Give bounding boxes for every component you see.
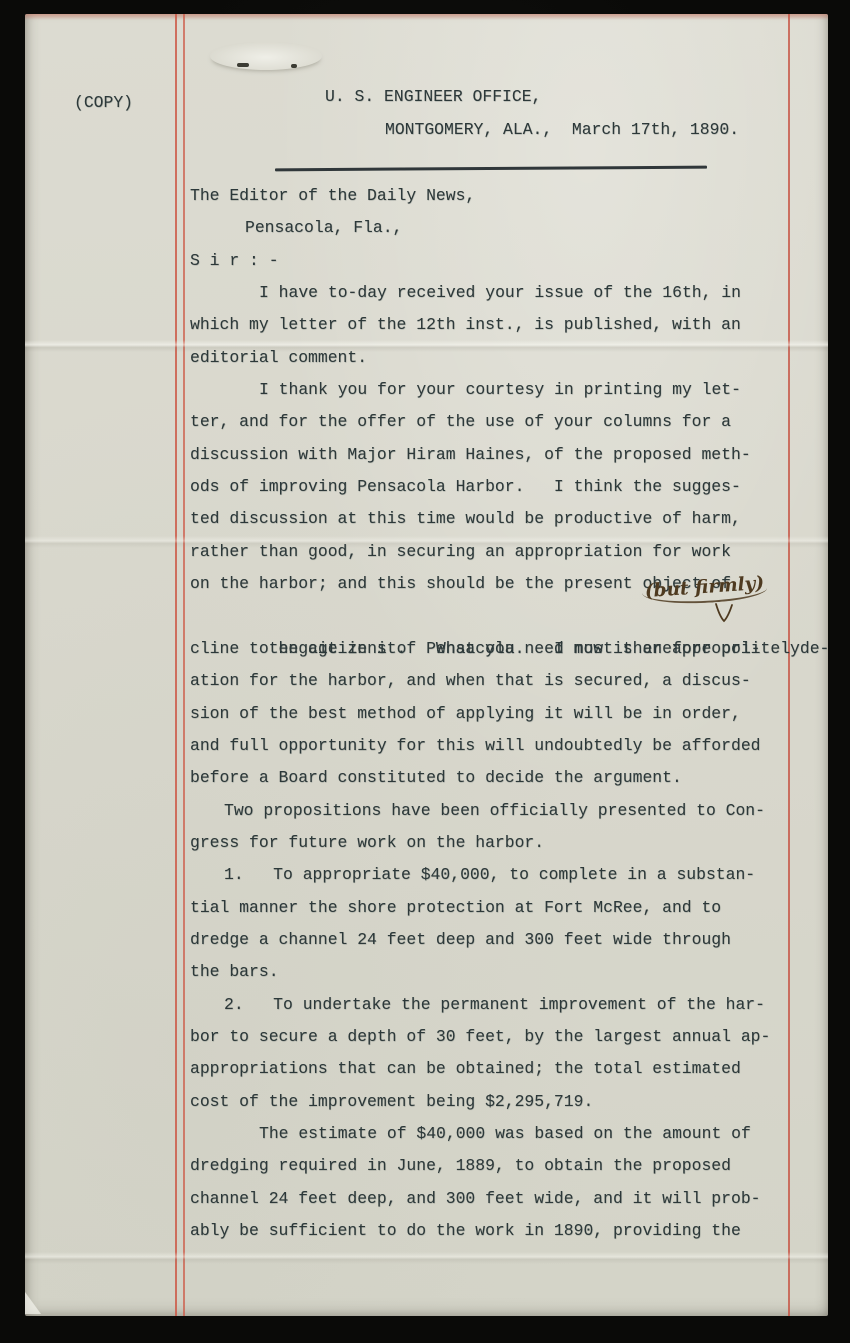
- letter-line: channel 24 feet deep, and 300 feet wide,…: [190, 1183, 795, 1215]
- letter-body: The Editor of the Daily News, Pensacola,…: [190, 180, 795, 1247]
- letter-line: ation for the harbor, and when that is s…: [190, 665, 795, 697]
- handwritten-insertion: (but firmly): [641, 574, 768, 608]
- letter-line: bor to secure a depth of 30 feet, by the…: [190, 1021, 795, 1053]
- letter-line: gress for future work on the harbor.: [190, 827, 795, 859]
- letter-line: 1. To appropriate $40,000, to complete i…: [190, 859, 795, 891]
- paper-blemish-mark: [237, 63, 249, 67]
- letter-line: I thank you for your courtesy in printin…: [190, 374, 795, 406]
- letter-line-with-insertion: the citizens of Pensacola. I must theref…: [190, 600, 795, 632]
- paper-crease: [25, 1252, 828, 1264]
- insertion-after-text: de-: [800, 639, 830, 658]
- letter-line: discussion with Major Hiram Haines, of t…: [190, 439, 795, 471]
- letter-line: which my letter of the 12th inst., is pu…: [190, 309, 795, 341]
- letter-line: ably be sufficient to do the work in 189…: [190, 1215, 795, 1247]
- letter-line: appropriations that can be obtained; the…: [190, 1053, 795, 1085]
- corner-fold: [25, 1292, 41, 1314]
- copy-label: (COPY): [74, 93, 133, 112]
- letter-line: ods of improving Pensacola Harbor. I thi…: [190, 471, 795, 503]
- letter-line: the bars.: [190, 956, 795, 988]
- letter-line: before a Board constituted to decide the…: [190, 762, 795, 794]
- letter-page: (COPY) U. S. ENGINEER OFFICE, MONTGOMERY…: [25, 14, 828, 1316]
- letter-line: dredging required in June, 1889, to obta…: [190, 1150, 795, 1182]
- letter-line: and full opportunity for this will undou…: [190, 730, 795, 762]
- letter-line: ted discussion at this time would be pro…: [190, 503, 795, 535]
- address-line: Pensacola, Fla.,: [190, 212, 795, 244]
- paper-blemish-mark: [291, 64, 297, 68]
- address-line: The Editor of the Daily News,: [190, 180, 795, 212]
- salutation: S i r : -: [190, 245, 795, 277]
- paper-blemish: [210, 42, 322, 70]
- letter-line: cline to engage in it. What you need now…: [190, 633, 795, 665]
- letter-line: cost of the improvement being $2,295,719…: [190, 1086, 795, 1118]
- letter-line: dredge a channel 24 feet deep and 300 fe…: [190, 924, 795, 956]
- letter-line: I have to-day received your issue of the…: [190, 277, 795, 309]
- scan-background: (COPY) U. S. ENGINEER OFFICE, MONTGOMERY…: [0, 0, 850, 1343]
- letter-line: Two propositions have been officially pr…: [190, 795, 795, 827]
- letter-line: The estimate of $40,000 was based on the…: [190, 1118, 795, 1150]
- letter-line: sion of the best method of applying it w…: [190, 698, 795, 730]
- letter-line: 2. To undertake the permanent improvemen…: [190, 989, 795, 1021]
- divider-line: [275, 166, 707, 171]
- left-margin-rule: [175, 14, 185, 1316]
- letterhead-place-date: MONTGOMERY, ALA., March 17th, 1890.: [385, 120, 739, 139]
- letter-line: rather than good, in securing an appropr…: [190, 536, 795, 568]
- letterhead-office: U. S. ENGINEER OFFICE,: [325, 87, 541, 106]
- letter-line: ter, and for the offer of the use of you…: [190, 406, 795, 438]
- letter-line: tial manner the shore protection at Fort…: [190, 892, 795, 924]
- insertion-caret-icon: [714, 602, 734, 624]
- letter-line: editorial comment.: [190, 342, 795, 374]
